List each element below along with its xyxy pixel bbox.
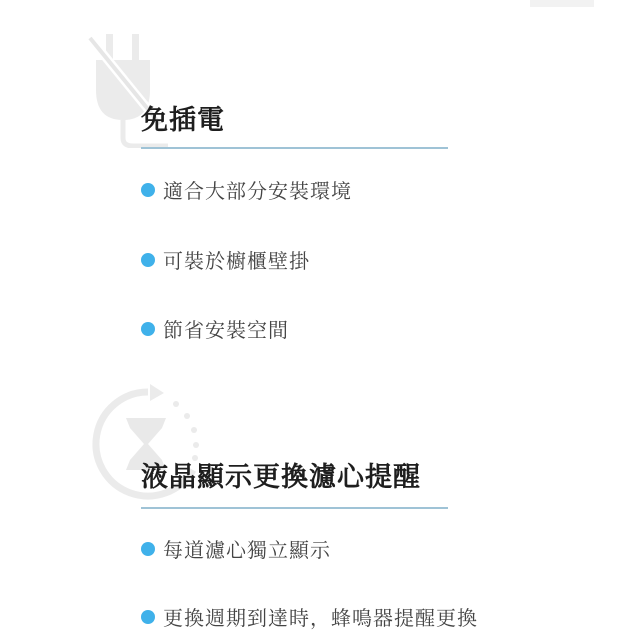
divider xyxy=(141,147,448,149)
bullet-icon xyxy=(141,183,155,197)
list-item: 更換週期到達時，蜂鳴器提醒更換 xyxy=(141,602,478,631)
item-text: 可裝於櫥櫃壁掛 xyxy=(163,245,310,274)
item-text: 每道濾心獨立顯示 xyxy=(163,534,331,563)
divider xyxy=(141,507,448,509)
bullet-icon xyxy=(141,253,155,267)
list-item: 每道濾心獨立顯示 xyxy=(141,534,331,563)
section-title: 液晶顯示更換濾心提醒 xyxy=(141,455,421,494)
item-text: 適合大部分安裝環境 xyxy=(163,175,352,204)
bullet-icon xyxy=(141,322,155,336)
list-item: 適合大部分安裝環境 xyxy=(141,175,352,204)
item-text: 更換週期到達時，蜂鳴器提醒更換 xyxy=(163,602,478,631)
list-item: 節省安裝空間 xyxy=(141,314,289,343)
list-item: 可裝於櫥櫃壁掛 xyxy=(141,245,310,274)
top-tab xyxy=(530,0,594,7)
item-text: 節省安裝空間 xyxy=(163,314,289,343)
section-title: 免插電 xyxy=(141,98,225,137)
bullet-icon xyxy=(141,542,155,556)
bullet-icon xyxy=(141,610,155,624)
